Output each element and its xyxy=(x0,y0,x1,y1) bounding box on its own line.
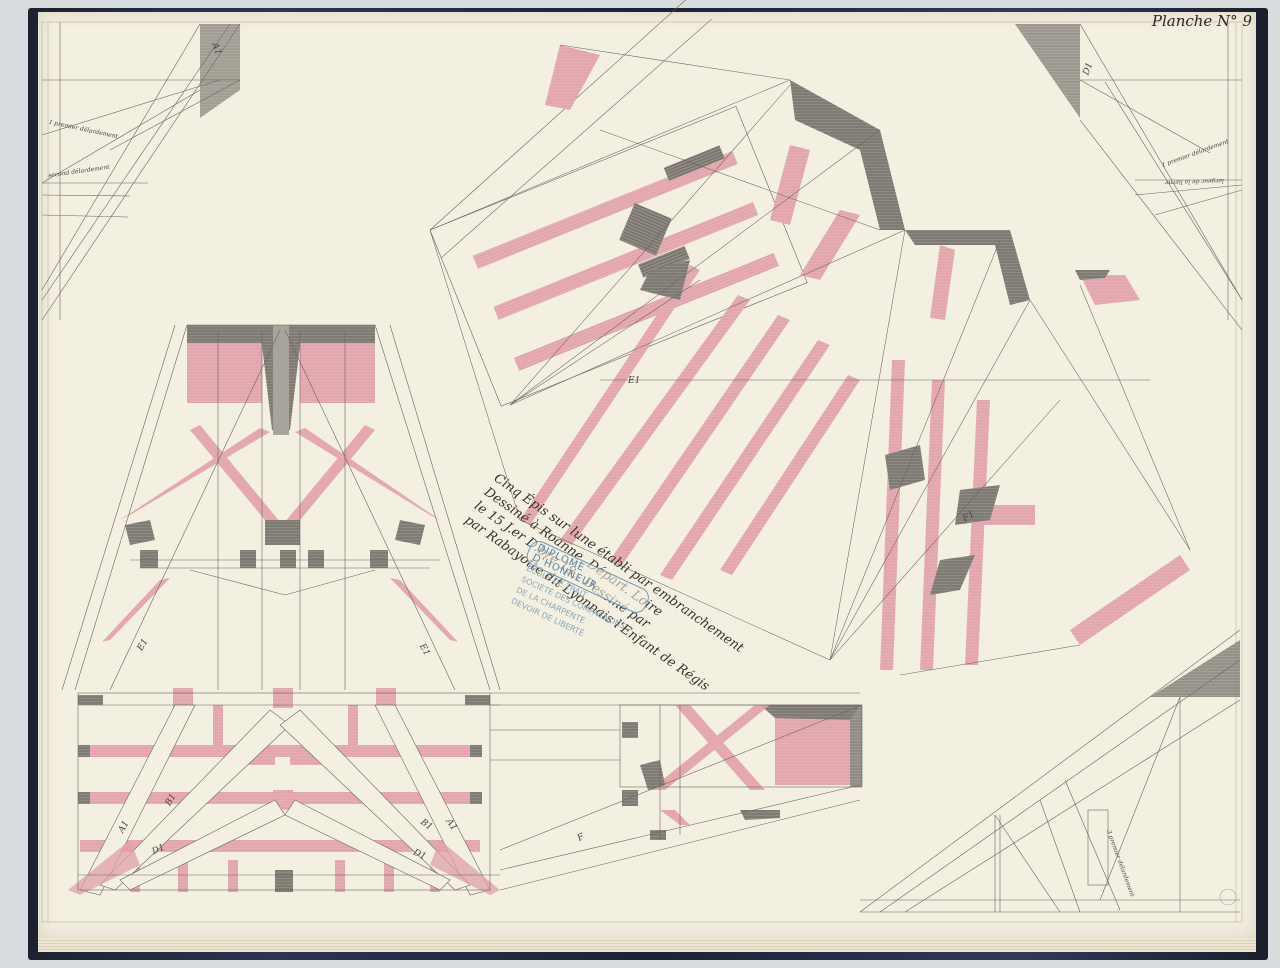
carpentry-drawing xyxy=(0,0,1280,968)
plate-title: Planche N° 9 xyxy=(1152,12,1252,30)
label-e1-top: E1 xyxy=(628,376,640,386)
trestle-elevation xyxy=(62,325,500,690)
side-elevation xyxy=(500,705,862,890)
